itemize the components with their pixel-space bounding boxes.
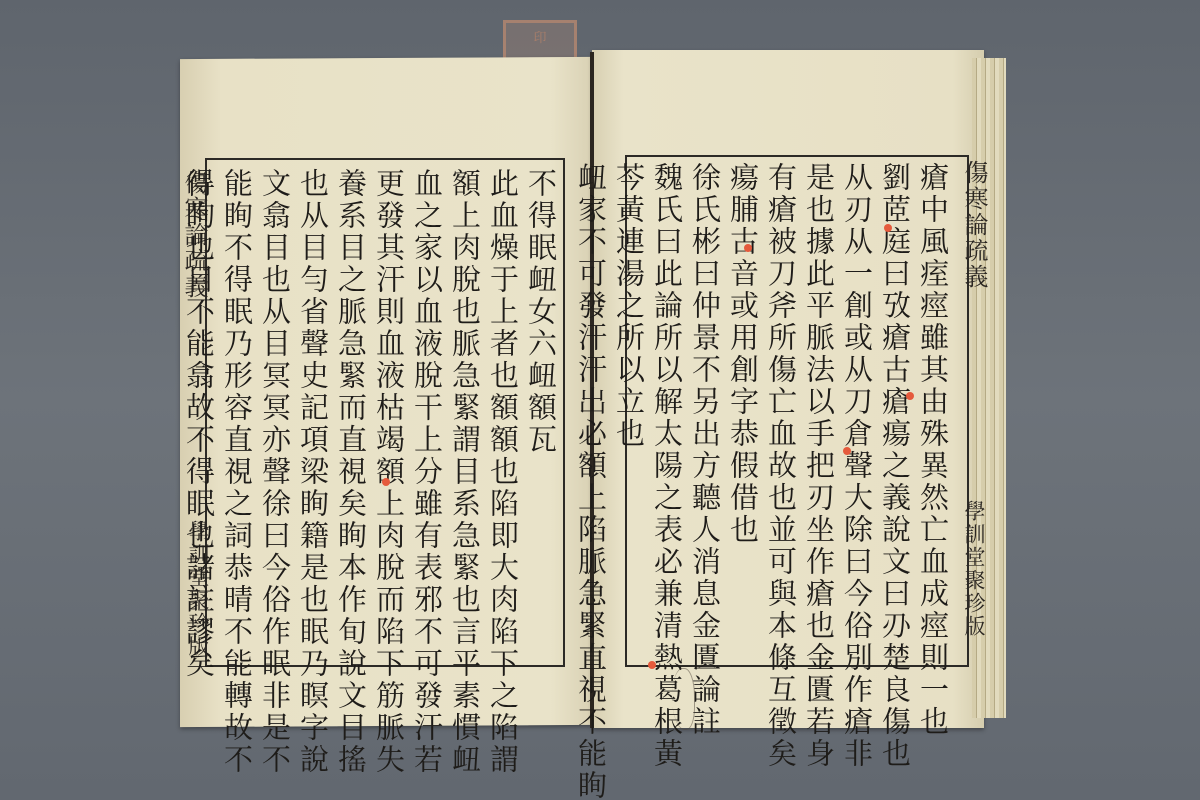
text-column: 也从目勻省聲史記項梁眴籍是也眠乃瞑字說: [294, 168, 332, 658]
red-punctuation-mark: [744, 244, 752, 252]
red-punctuation-mark: [884, 224, 892, 232]
text-column: 能眴不得眠乃形容直視之詞恭晴不能轉故不: [218, 168, 256, 658]
right-page-text: 瘡中風痓痙雖其由殊異然亡血成痙則一也 劉茝庭曰攷瘡古瘡瘍之義說文曰刅楚良傷也 从…: [630, 162, 952, 657]
text-column: 芩黃連湯之所以立也: [610, 162, 648, 657]
loose-thread: [672, 668, 695, 730]
text-column: 徐氏彬曰仲景不另出方聽人消息金匱論註: [686, 162, 724, 657]
text-column: 劉茝庭曰攷瘡古瘡瘍之義說文曰刅楚良傷也: [876, 162, 914, 657]
red-punctuation-mark: [648, 661, 656, 669]
red-punctuation-mark: [843, 447, 851, 455]
text-column: 从刃从一創或从刀倉聲大除曰今俗別作瘡非: [838, 162, 876, 657]
text-column: 文翕目也从目冥冥亦聲徐曰今俗作眠非是不: [256, 168, 294, 658]
red-punctuation-mark: [382, 478, 390, 486]
red-punctuation-mark: [906, 392, 914, 400]
text-column: 有瘡被刀斧所傷亡血故也並可與本條互徵矣: [762, 162, 800, 657]
text-column: 血之家以血液脫干上分雖有表邪不可發汗若: [408, 168, 446, 658]
text-column: 瘍脯古音或用創字恭假借也: [724, 162, 762, 657]
text-column: 是也據此平脈法以手把刃坐作瘡也金匱若身: [800, 162, 838, 657]
left-page-text: 不得眠衄女六衄額瓦 此血燥于上者也額額也陷即大肉陷下之陷謂 額上肉脫也脈急緊謂目…: [210, 168, 560, 658]
text-column: 衄家不可發汗汗出必額上陷脈急緊直視不能眴: [572, 162, 610, 657]
text-column: 得眴也目不能翕故不得眠也諸註謬矣: [180, 168, 218, 658]
text-column: 魏氏曰此論所以解太陽之表必兼清熱葛根黃: [648, 162, 686, 657]
right-margin-publisher: 學訓堂聚珍版: [960, 500, 988, 638]
text-column: 更發其汗則血液枯竭額上肉脫而陷下筋脈失: [370, 168, 408, 658]
text-column: 額上肉脫也脈急緊謂目系急緊也言平素慣衄: [446, 168, 484, 658]
text-column: 瘡中風痓痙雖其由殊異然亡血成痙則一也: [914, 162, 952, 657]
text-column: 不得眠衄女六衄額瓦: [522, 168, 560, 658]
text-column: 養系目之脈急緊而直視矣眴本作旬說文目搖: [332, 168, 370, 658]
text-column: 此血燥于上者也額額也陷即大肉陷下之陷謂: [484, 168, 522, 658]
right-margin-title: 傷寒論疏義: [960, 160, 988, 290]
